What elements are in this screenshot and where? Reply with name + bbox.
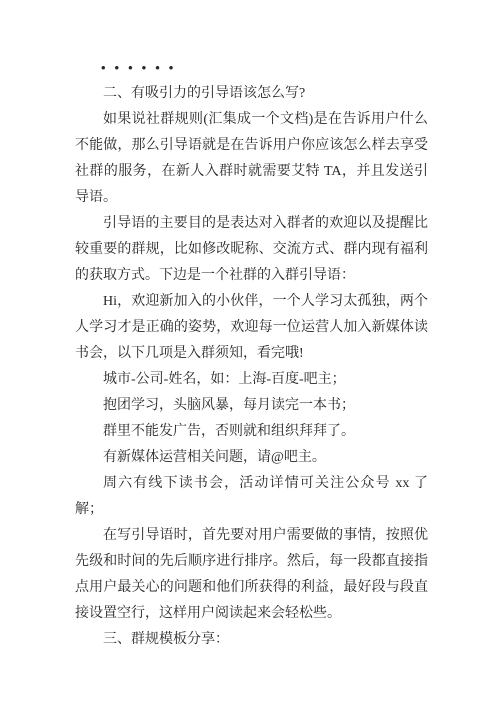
paragraph: 引导语的主要目的是表达对入群者的欢迎以及提醒比较重要的群规，比如修改昵称、交流方… — [75, 211, 428, 289]
paragraph: Hi，欢迎新加入的小伙伴，一个人学习太孤独，两个人学习才是正确的姿势，欢迎每一位… — [75, 289, 428, 367]
list-item: 有新媒体运营相关问题，请@吧主。 — [75, 445, 428, 471]
list-item: 城市-公司-姓名，如：上海-百度-吧主； — [75, 367, 428, 393]
list-item: 周六有线下读书会，活动详情可关注公众号 xx 了解； — [75, 471, 428, 523]
section-heading: 三、群规模板分享： — [75, 627, 428, 653]
list-item: 群里不能发广告，否则就和组织拜拜了。 — [75, 419, 428, 445]
document-body: •••••• 二、有吸引力的引导语该怎么写? 如果说社群规则(汇集成一个文档)是… — [0, 0, 500, 653]
list-item: 抱团学习，头脑风暴，每月读完一本书； — [75, 393, 428, 419]
document-page: •••••• 二、有吸引力的引导语该怎么写? 如果说社群规则(汇集成一个文档)是… — [0, 0, 500, 707]
paragraph: 如果说社群规则(汇集成一个文档)是在告诉用户什么不能做，那么引导语就是在告诉用户… — [75, 107, 428, 211]
ellipsis-line: •••••• — [75, 55, 428, 81]
paragraph: 在写引导语时，首先要对用户需要做的事情，按照优先级和时间的先后顺序进行排序。然后… — [75, 523, 428, 627]
section-heading: 二、有吸引力的引导语该怎么写? — [75, 81, 428, 107]
